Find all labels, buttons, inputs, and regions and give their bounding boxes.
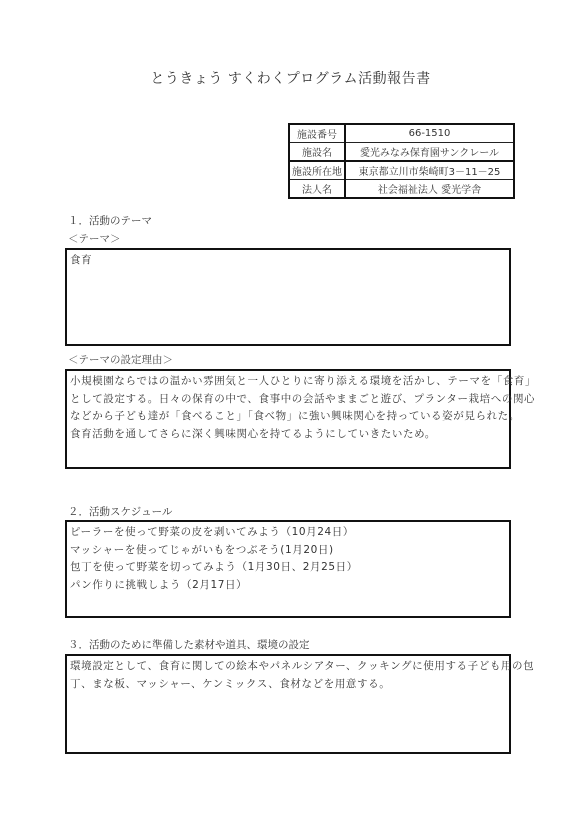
document-title: とうきょう すくわくプログラム活動報告書	[0, 68, 581, 88]
theme-label: ＜テーマ＞	[68, 231, 121, 246]
facility-info-table: 施設番号 66-1510 施設名 愛光みなみ保育園サンクレール 施設所在地 東京…	[289, 124, 514, 198]
section3-heading: ３．活動のために準備した素材や道具、環境の設定	[68, 637, 310, 652]
facility-number-row: 施設番号 66-1510	[290, 125, 514, 143]
section1-heading: １．活動のテーマ	[68, 213, 152, 228]
facility-address-label: 施設所在地	[290, 161, 346, 180]
theme-reason-box: 小規模園ならではの温かい雰囲気と一人ひとりに寄り添える環境を活かし、テーマを「食…	[65, 369, 511, 469]
corporation-name-value: 社会福祉法人 愛光学舎	[345, 180, 514, 198]
materials-line: 丁、まな板、マッシャー、ケンミックス、食材などを用意する。	[70, 676, 506, 694]
schedule-item: 包丁を使って野菜を切ってみよう（1月30日、2月25日）	[70, 559, 506, 577]
section2-heading: ２．活動スケジュール	[68, 504, 172, 519]
facility-name-row: 施設名 愛光みなみ保育園サンクレール	[290, 143, 514, 162]
facility-address-row: 施設所在地 東京都立川市柴崎町3－11－25	[290, 161, 514, 180]
facility-name-value: 愛光みなみ保育園サンクレール	[345, 143, 514, 162]
reason-line: として設定する。日々の保育の中で、食事中の会話やままごと遊び、プランター栽培への…	[70, 391, 506, 409]
corporation-name-label: 法人名	[290, 180, 346, 198]
schedule-item: ピーラーを使って野菜の皮を剥いてみよう（10月24日）	[70, 524, 506, 542]
report-page: とうきょう すくわくプログラム活動報告書 施設番号 66-1510 施設名 愛光…	[0, 0, 581, 818]
facility-number-label: 施設番号	[290, 125, 346, 143]
theme-text: 食育	[70, 252, 506, 270]
facility-address-value: 東京都立川市柴崎町3－11－25	[345, 161, 514, 180]
facility-number-value: 66-1510	[345, 125, 514, 143]
schedule-item: マッシャーを使ってじゃがいもをつぶそう(1月20日)	[70, 542, 506, 560]
reason-line: などから子ども達が「食べること」「食べ物」に強い興味関心を持っている姿が見られた…	[70, 408, 506, 426]
facility-name-label: 施設名	[290, 143, 346, 162]
materials-line: 環境設定として、食育に関しての絵本やパネルシアター、クッキングに使用する子ども用…	[70, 658, 506, 676]
theme-box: 食育	[65, 248, 511, 346]
schedule-item: パン作りに挑戦しよう（2月17日）	[70, 577, 506, 595]
materials-box: 環境設定として、食育に関しての絵本やパネルシアター、クッキングに使用する子ども用…	[65, 654, 511, 754]
schedule-box: ピーラーを使って野菜の皮を剥いてみよう（10月24日） マッシャーを使ってじゃが…	[65, 520, 511, 618]
theme-reason-label: ＜テーマの設定理由＞	[68, 352, 173, 367]
reason-line: 小規模園ならではの温かい雰囲気と一人ひとりに寄り添える環境を活かし、テーマを「食…	[70, 373, 506, 391]
reason-line: 食育活動を通してさらに深く興味関心を持てるようにしていきたいため。	[70, 426, 506, 444]
corporation-name-row: 法人名 社会福祉法人 愛光学舎	[290, 180, 514, 198]
